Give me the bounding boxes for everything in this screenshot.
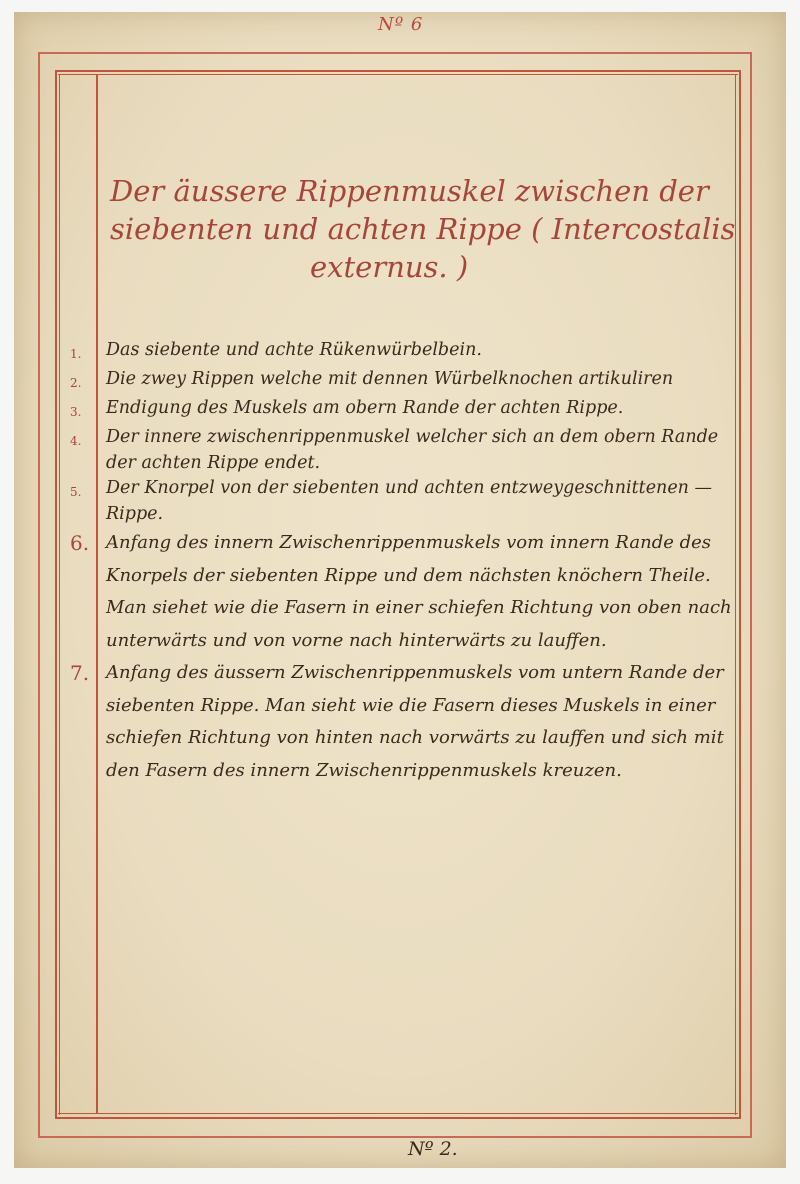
inner-frame-top-a (55, 70, 741, 72)
page-title: Der äussere Rippenmuskel zwischen der si… (110, 172, 740, 286)
legend-item: 6. Anfang des innern Zwischenrippenmuske… (70, 527, 742, 657)
outer-frame-top (38, 52, 752, 54)
item-number: 6. (70, 527, 104, 560)
inner-frame-left-b (59, 74, 60, 1115)
item-number: 3. (70, 396, 104, 425)
item-text: Die zwey Rippen welche mit dennen Würbel… (104, 367, 673, 393)
item-text: Der innere zwischenrippenmuskel welcher … (104, 425, 742, 476)
item-number: 5. (70, 476, 104, 505)
inner-frame-bottom-b (58, 1113, 738, 1114)
outer-frame-left (38, 52, 40, 1138)
outer-frame-right (750, 52, 752, 1138)
inner-frame-left-a (55, 70, 57, 1119)
legend-item: 5. Der Knorpel von der siebenten und ach… (70, 476, 742, 527)
footer-mark: Nº 2. (408, 1138, 458, 1160)
outer-frame-bottom (38, 1136, 752, 1138)
legend-item: 3. Endigung des Muskels am obern Rande d… (70, 396, 742, 425)
title-line-2: siebenten und achten Rippe ( Intercostal… (110, 212, 735, 246)
folio-mark: Nº 6 (378, 14, 423, 35)
legend-list: 1. Das siebente und achte Rükenwürbelbei… (70, 338, 742, 787)
legend-item: 7. Anfang des äussern Zwischenrippenmusk… (70, 657, 742, 787)
inner-frame-bottom-a (55, 1117, 741, 1119)
title-line-1: Der äussere Rippenmuskel zwischen der (110, 174, 709, 208)
item-text: Anfang des innern Zwischenrippenmuskels … (104, 527, 742, 657)
inner-frame-top-b (58, 74, 738, 75)
item-text: Anfang des äussern Zwischenrippenmuskels… (104, 657, 742, 787)
item-number: 4. (70, 425, 104, 454)
item-number: 1. (70, 338, 104, 367)
item-text: Endigung des Muskels am obern Rande der … (104, 396, 623, 422)
item-number: 2. (70, 367, 104, 396)
legend-item: 1. Das siebente und achte Rükenwürbelbei… (70, 338, 742, 367)
legend-item: 4. Der innere zwischenrippenmuskel welch… (70, 425, 742, 476)
item-text: Der Knorpel von der siebenten und achten… (104, 476, 742, 527)
legend-item: 2. Die zwey Rippen welche mit dennen Wür… (70, 367, 742, 396)
title-line-3: externus. ) (110, 248, 740, 286)
item-text: Das siebente und achte Rükenwürbelbein. (104, 338, 482, 364)
item-number: 7. (70, 657, 104, 690)
